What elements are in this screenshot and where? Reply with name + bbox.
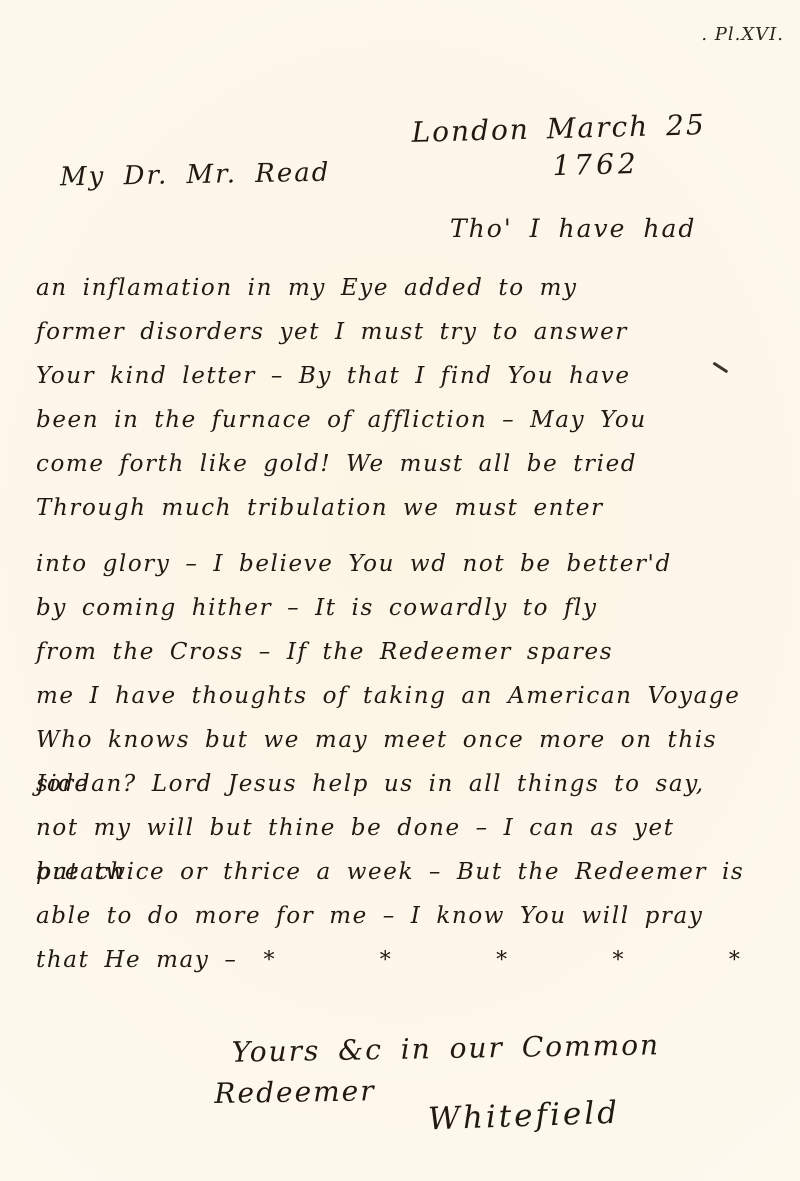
- dateline-year: 1762: [552, 145, 707, 182]
- letter-line: into glory – I believe You wd not be bet…: [36, 542, 774, 586]
- signature: Whitefield: [427, 1095, 620, 1138]
- asterisk: *: [263, 939, 276, 983]
- letter-line: come forth like gold! We must all be tri…: [36, 442, 774, 486]
- letter-line: Who knows but we may meet once more on t…: [36, 718, 774, 762]
- letter-line: able to do more for me – I know You will…: [36, 894, 774, 938]
- letter-line: Through much tribulation we must enter: [36, 486, 774, 530]
- asterisk: *: [729, 939, 742, 983]
- letter-page: . Pl.XVI. London March 25 1762 My Dr. Mr…: [0, 0, 800, 1181]
- asterisk-row: * * * * *: [263, 939, 741, 983]
- asterisk: *: [612, 939, 625, 983]
- letter-line: by coming hither – It is cowardly to fly: [36, 586, 774, 630]
- letter-body: an inflamation in my Eye added to my for…: [36, 266, 774, 982]
- letter-line: Jordan? Lord Jesus help us in all things…: [36, 762, 774, 806]
- letter-line: Your kind letter – By that I find You ha…: [36, 354, 774, 398]
- asterisk: *: [380, 939, 393, 983]
- letter-line: not my will but thine be done – I can as…: [36, 806, 774, 850]
- letter-line: me I have thoughts of taking an American…: [36, 674, 774, 718]
- opening-phrase: Tho' I have had: [450, 214, 696, 243]
- plate-number: . Pl.XVI.: [701, 24, 784, 45]
- letter-line: an inflamation in my Eye added to my: [36, 266, 774, 310]
- final-line-text: that He may –: [36, 938, 237, 982]
- letter-final-line: that He may – * * * * *: [36, 938, 774, 982]
- dateline-place-date: London March 25: [411, 108, 706, 149]
- dateline: London March 25 1762: [411, 108, 707, 186]
- letter-line: former disorders yet I must try to answe…: [36, 310, 774, 354]
- closing-line1: Yours &c in our Common: [231, 1028, 660, 1068]
- letter-line: been in the furnace of affliction – May …: [36, 398, 774, 442]
- letter-line: from the Cross – If the Redeemer spares: [36, 630, 774, 674]
- letter-line: but twice or thrice a week – But the Red…: [36, 850, 774, 894]
- salutation: My Dr. Mr. Read: [60, 158, 331, 193]
- asterisk: *: [496, 939, 509, 983]
